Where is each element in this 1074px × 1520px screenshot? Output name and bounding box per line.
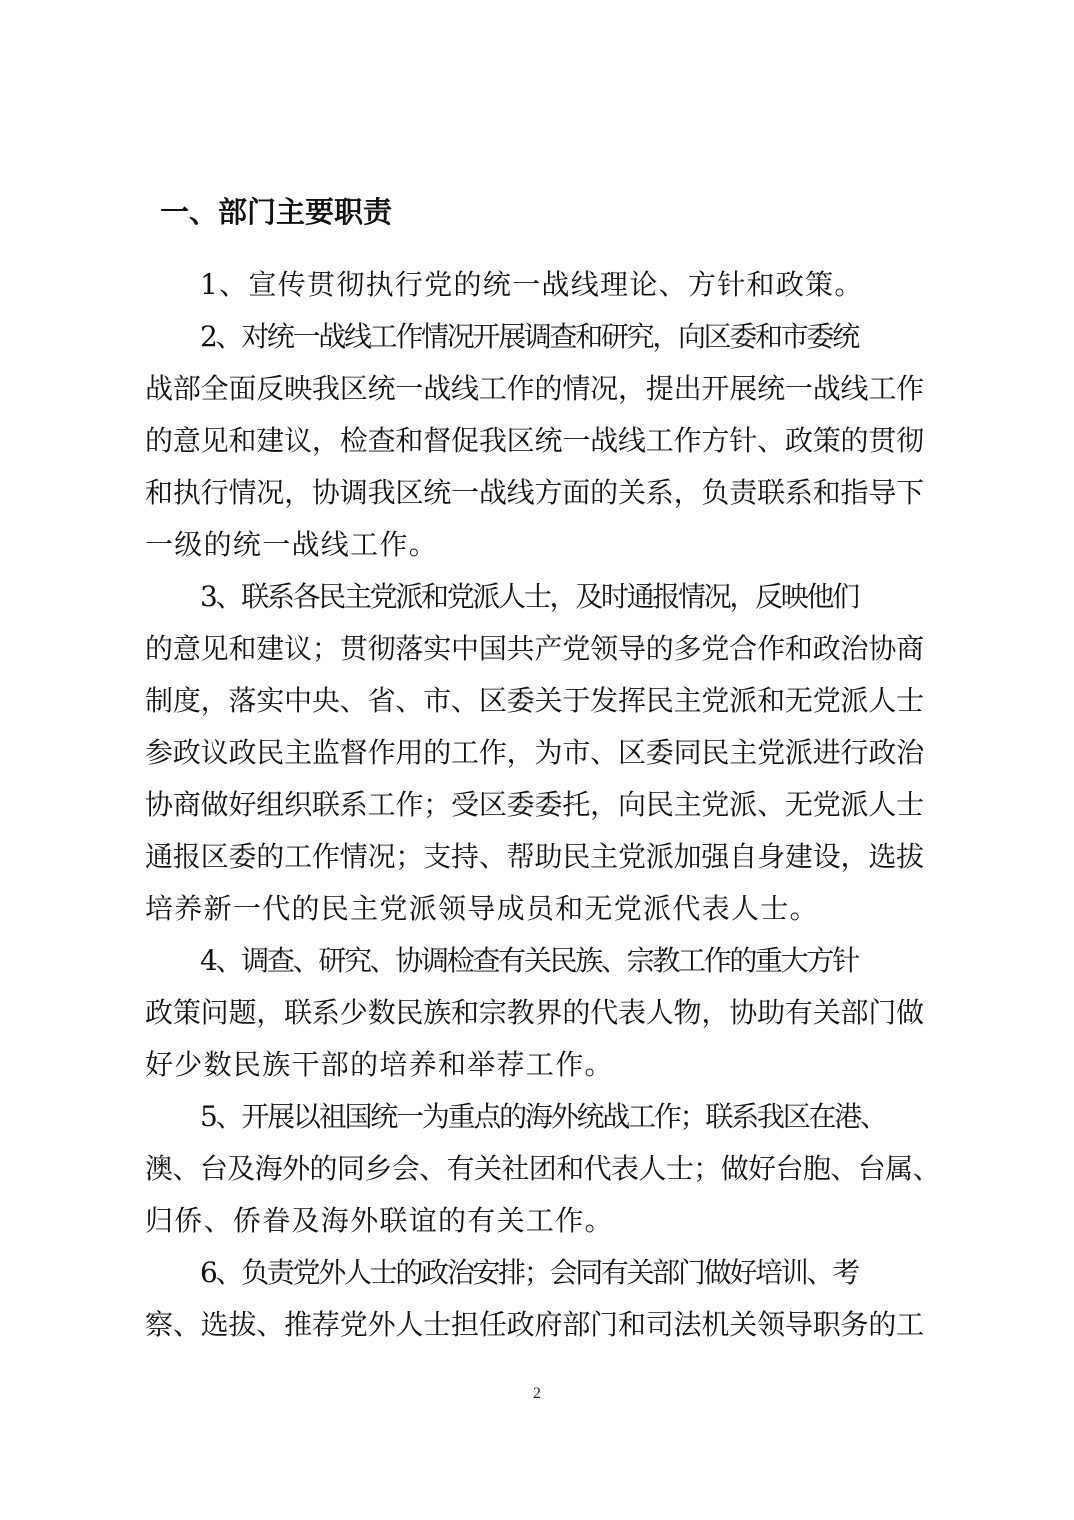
paragraph-first-line: 5、开展以祖国统一为重点的海外统战工作；联系我区在港、	[200, 1097, 1000, 1137]
paragraph-line: 参政议政民主监督作用的工作，为市、区委同民主党派进行政治	[145, 733, 945, 773]
paragraph-line: 的意见和建议，检查和督促我区统一战线工作方针、政策的贯彻	[145, 421, 945, 461]
paragraph-line: 好少数民族干部的培养和举荐工作。	[145, 1045, 945, 1085]
paragraph-line: 和执行情况，协调我区统一战线方面的关系，负责联系和指导下	[145, 473, 945, 513]
paragraph-first-line: 4、调查、研究、协调检查有关民族、宗教工作的重大方针	[200, 941, 1000, 981]
section-heading: 一、部门主要职责	[160, 192, 392, 232]
document-page: 一、部门主要职责 1、宣传贯彻执行党的统一战线理论、方针和政策。2、对统一战线工…	[0, 0, 1074, 1520]
paragraph-line: 归侨、侨眷及海外联谊的有关工作。	[145, 1201, 945, 1241]
paragraph-first-line: 6、负责党外人士的政治安排；会同有关部门做好培训、考	[200, 1253, 1000, 1293]
paragraph-line: 的意见和建议；贯彻落实中国共产党领导的多党合作和政治协商	[145, 629, 945, 669]
paragraph-line: 政策问题，联系少数民族和宗教界的代表人物，协助有关部门做	[145, 993, 945, 1033]
paragraph-line: 通报区委的工作情况；支持、帮助民主党派加强自身建设，选拔	[145, 837, 945, 877]
paragraph-line: 协商做好组织联系工作；受区委委托，向民主党派、无党派人士	[145, 785, 945, 825]
paragraph-first-line: 3、联系各民主党派和党派人士，及时通报情况，反映他们	[200, 577, 1000, 617]
paragraph-first-line: 2、对统一战线工作情况开展调查和研究，向区委和市委统	[200, 317, 1000, 357]
paragraph-line: 一级的统一战线工作。	[145, 525, 945, 565]
page-number: 2	[0, 1384, 1074, 1404]
paragraph-first-line: 1、宣传贯彻执行党的统一战线理论、方针和政策。	[200, 265, 1000, 305]
paragraph-line: 战部全面反映我区统一战线工作的情况，提出开展统一战线工作	[145, 369, 945, 409]
paragraph-line: 制度，落实中央、省、市、区委关于发挥民主党派和无党派人士	[145, 681, 945, 721]
paragraph-line: 察、选拔、推荐党外人士担任政府部门和司法机关领导职务的工	[145, 1305, 945, 1345]
paragraph-line: 培养新一代的民主党派领导成员和无党派代表人士。	[145, 889, 945, 929]
paragraph-line: 澳、台及海外的同乡会、有关社团和代表人士；做好台胞、台属、	[145, 1149, 945, 1189]
